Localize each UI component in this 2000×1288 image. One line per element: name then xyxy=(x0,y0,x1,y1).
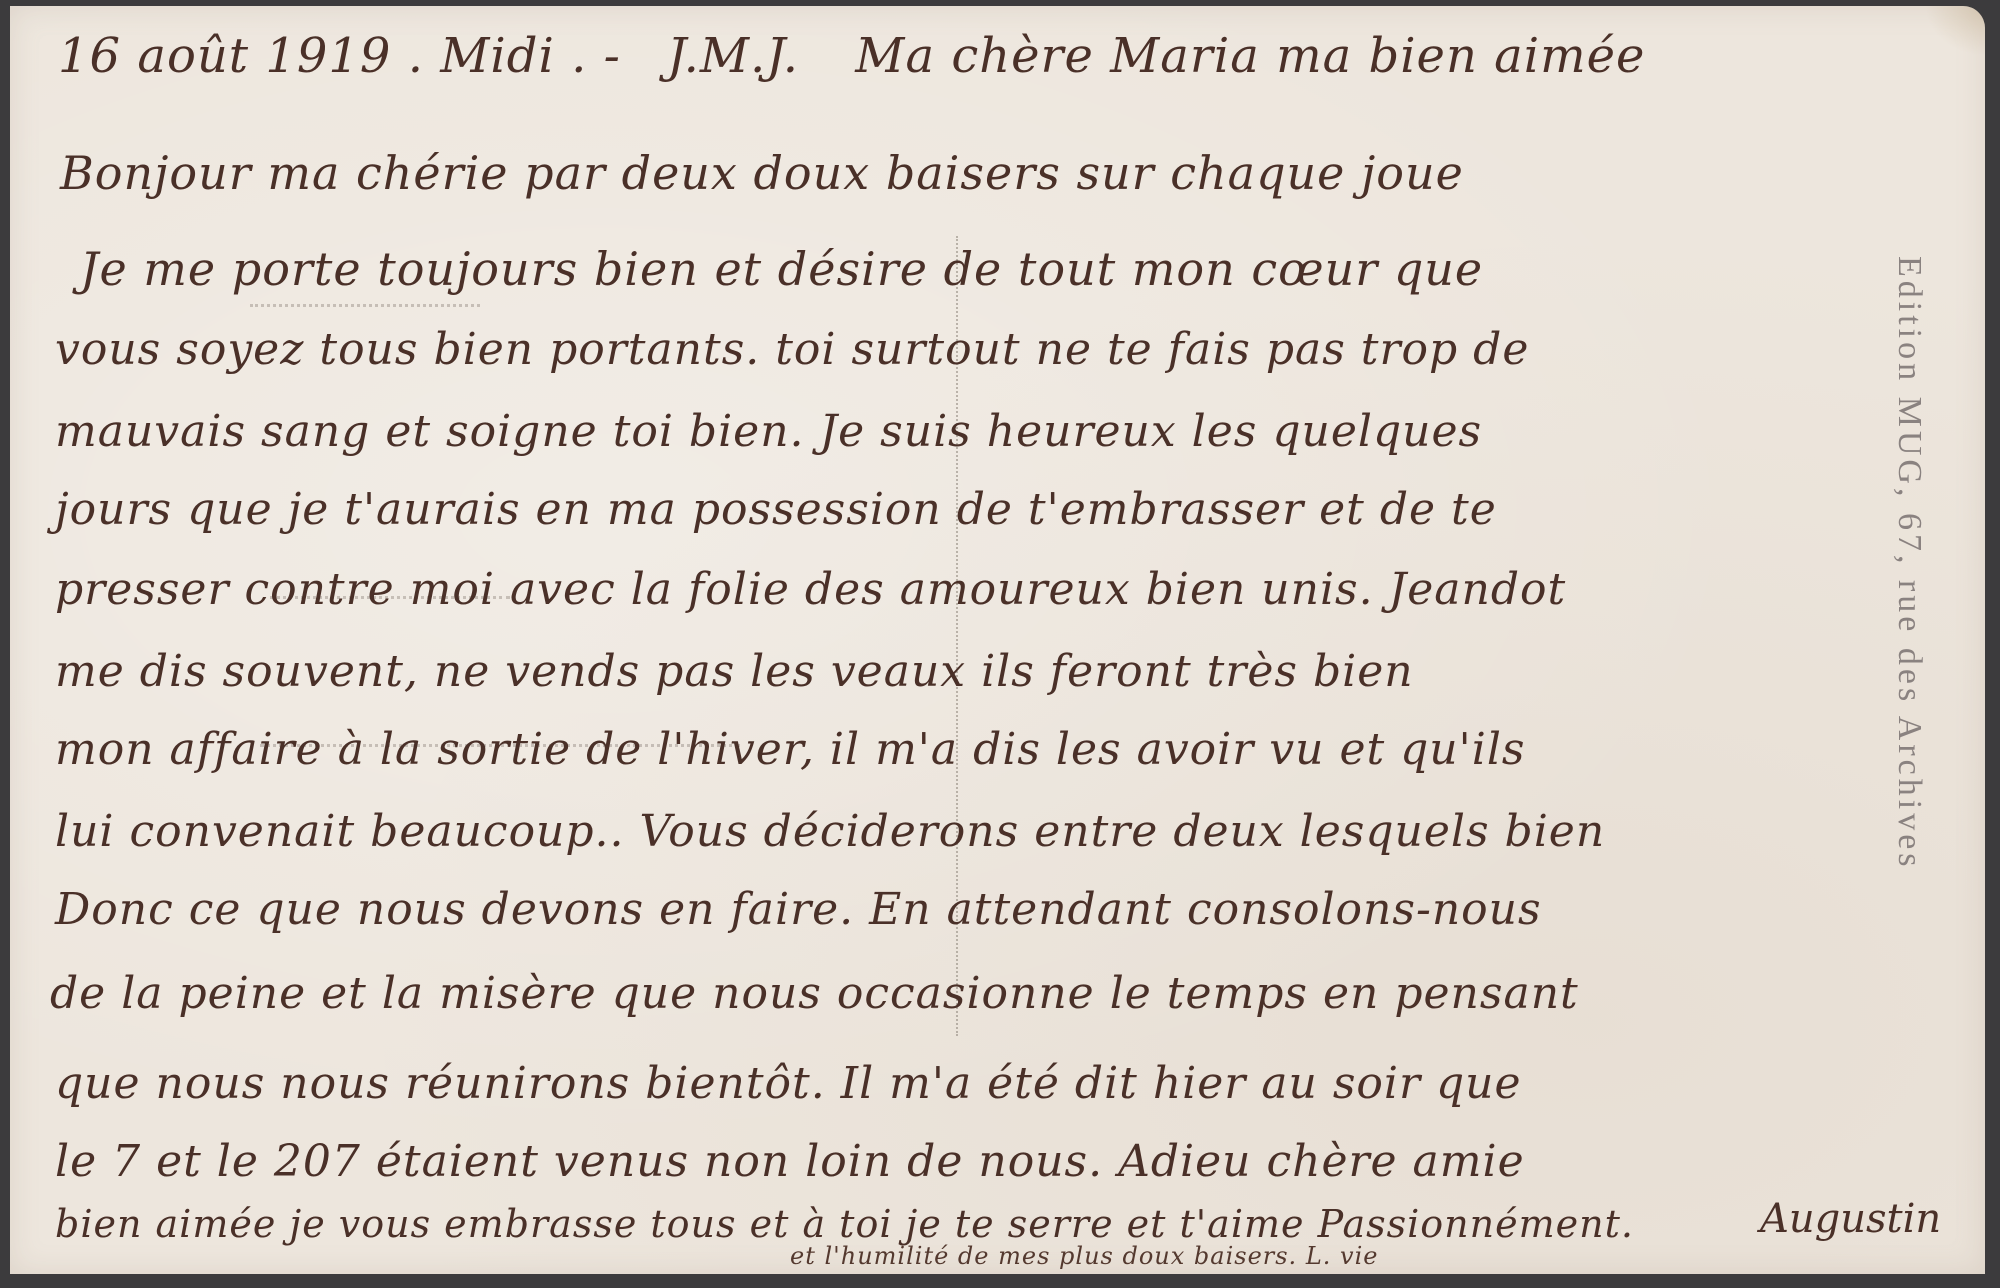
initials: J.M.J. xyxy=(667,28,799,84)
message-line-14: bien aimée je vous embrasse tous et à to… xyxy=(55,1202,1634,1246)
handwritten-message: 16 août 1919 . Midi . - J.M.J. Ma chère … xyxy=(10,6,1985,1274)
postscript: et l'humilité de mes plus doux baisers. … xyxy=(790,1242,1378,1270)
message-line-1: Bonjour ma chérie par deux doux baisers … xyxy=(60,146,1464,200)
message-line-10: Donc ce que nous devons en faire. En att… xyxy=(55,884,1542,935)
message-line-2: Je me porte toujours bien et désire de t… xyxy=(80,242,1483,296)
message-line-9: lui convenait beaucoup.. Vous déciderons… xyxy=(55,806,1605,857)
message-line-6: presser contre moi avec la folie des amo… xyxy=(55,564,1566,615)
message-line-8: mon affaire à la sortie de l'hiver, il m… xyxy=(55,724,1525,775)
scan-frame: 16 août 1919 . Midi . - J.M.J. Ma chère … xyxy=(0,0,2000,1288)
header-line: 16 août 1919 . Midi . - J.M.J. Ma chère … xyxy=(58,28,1645,84)
publisher-imprint: Edition MUG, 67, rue des Archives xyxy=(1890,256,1928,871)
date: 16 août 1919 . Midi . - xyxy=(58,28,621,84)
message-line-4: mauvais sang et soigne toi bien. Je suis… xyxy=(55,406,1482,457)
message-line-11: de la peine et la misère que nous occasi… xyxy=(50,968,1579,1019)
postcard: 16 août 1919 . Midi . - J.M.J. Ma chère … xyxy=(10,6,1985,1274)
message-line-7: me dis souvent, ne vends pas les veaux i… xyxy=(55,646,1414,697)
message-line-3: vous soyez tous bien portants. toi surto… xyxy=(55,324,1529,375)
salutation: Ma chère Maria ma bien aimée xyxy=(855,28,1645,84)
message-line-13: le 7 et le 207 étaient venus non loin de… xyxy=(55,1136,1525,1187)
signature: Augustin xyxy=(1760,1196,1941,1242)
message-line-12: que nous nous réunirons bientôt. Il m'a … xyxy=(55,1058,1522,1109)
message-line-5: jours que je t'aurais en ma possession d… xyxy=(55,484,1497,535)
